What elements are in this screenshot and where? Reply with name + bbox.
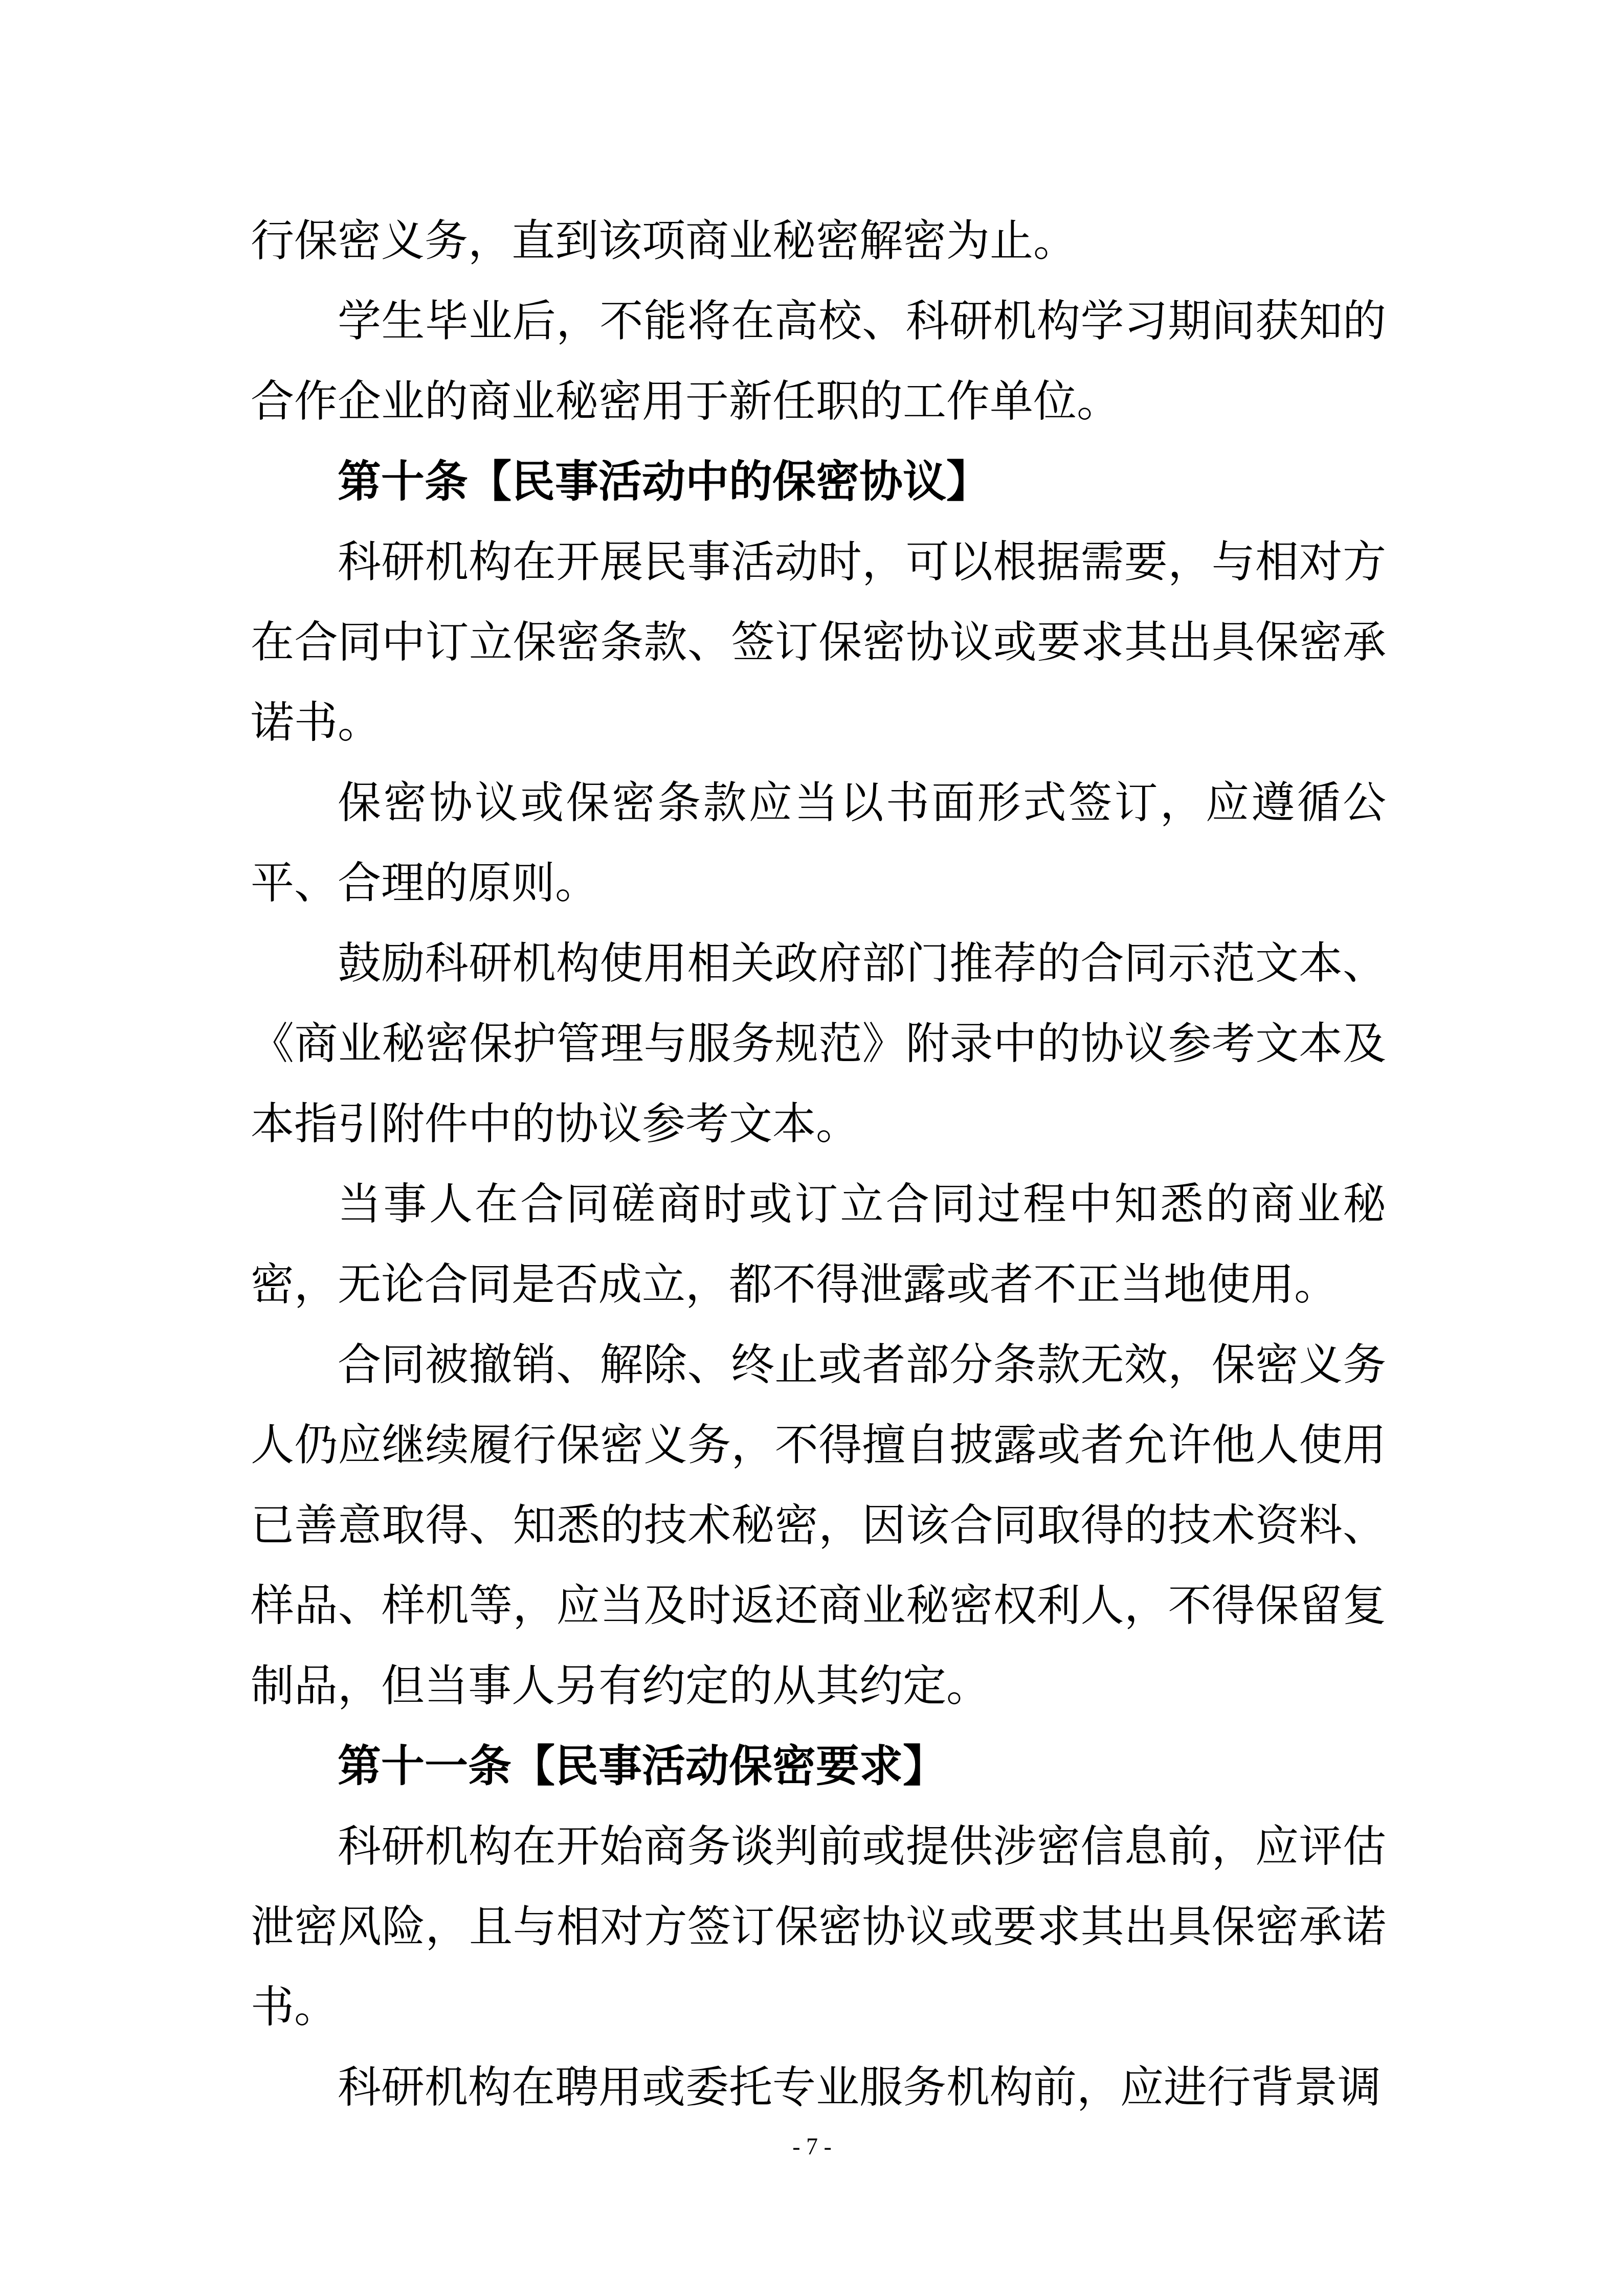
document-body: 行保密义务，直到该项商业秘密解密为止。 学生毕业后，不能将在高校、科研机构学习期… <box>251 201 1386 2128</box>
document-page: 行保密义务，直到该项商业秘密解密为止。 学生毕业后，不能将在高校、科研机构学习期… <box>0 0 1624 2296</box>
article-10-heading: 第十条【民事活动中的保密协议】 <box>251 442 1386 523</box>
paragraph: 鼓励科研机构使用相关政府部门推荐的合同示范文本、《商业秘密保护管理与服务规范》附… <box>251 924 1386 1165</box>
paragraph: 科研机构在开始商务谈判前或提供涉密信息前，应评估泄密风险，且与相对方签订保密协议… <box>251 1807 1386 2048</box>
paragraph: 合同被撤销、解除、终止或者部分条款无效，保密义务人仍应继续履行保密义务，不得擅自… <box>251 1325 1386 1727</box>
paragraph: 学生毕业后，不能将在高校、科研机构学习期间获知的合作企业的商业秘密用于新任职的工… <box>251 282 1386 442</box>
paragraph-continues-next-page: 科研机构在聘用或委托专业服务机构前，应进行背景调 <box>251 2048 1386 2128</box>
paragraph-continued-from-previous-page: 行保密义务，直到该项商业秘密解密为止。 <box>251 201 1386 282</box>
page-number: - 7 - <box>792 2133 832 2159</box>
paragraph: 保密协议或保密条款应当以书面形式签订，应遵循公平、合理的原则。 <box>251 763 1386 924</box>
page-footer: - 7 - <box>0 2131 1624 2162</box>
paragraph: 科研机构在开展民事活动时，可以根据需要，与相对方在合同中订立保密条款、签订保密协… <box>251 523 1386 763</box>
paragraph: 当事人在合同磋商时或订立合同过程中知悉的商业秘密，无论合同是否成立，都不得泄露或… <box>251 1165 1386 1325</box>
article-11-heading: 第十一条【民事活动保密要求】 <box>251 1727 1386 1807</box>
